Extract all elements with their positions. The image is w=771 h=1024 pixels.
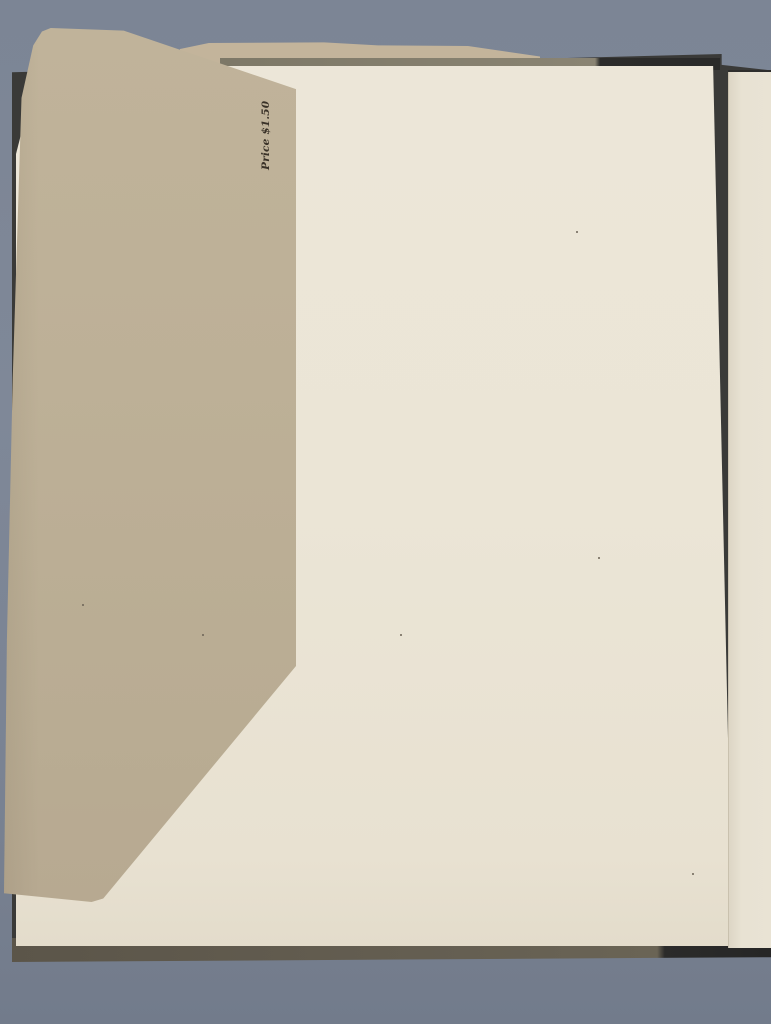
- price-label: Price $1.50: [260, 110, 272, 170]
- paper-speck: [576, 231, 578, 233]
- paper-speck: [400, 634, 402, 636]
- flap-speck: [82, 604, 84, 606]
- paper-speck: [598, 557, 600, 559]
- paper-speck: [692, 873, 694, 875]
- book-photo: Price $1.50: [0, 0, 771, 1024]
- flap-speck: [202, 634, 204, 636]
- adjacent-page-edge: [728, 72, 771, 948]
